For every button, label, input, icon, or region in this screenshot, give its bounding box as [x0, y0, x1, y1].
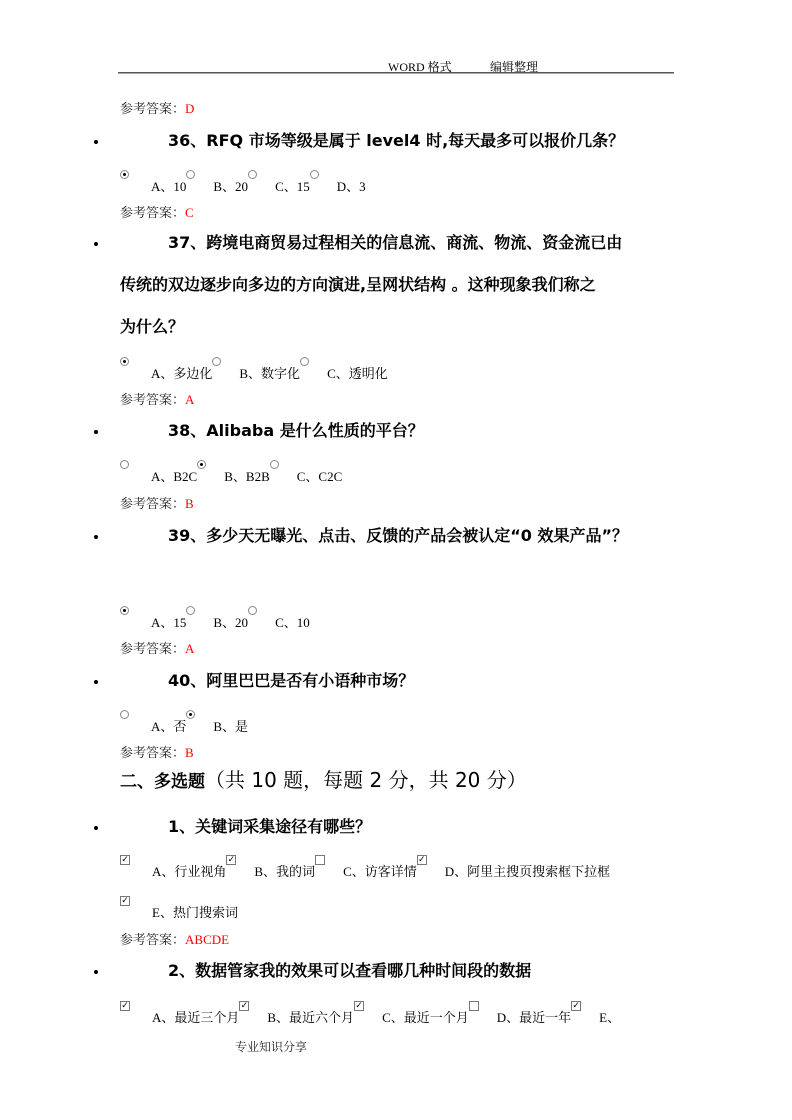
answer-line: 参考答案：C: [120, 202, 194, 221]
radio-button-icon[interactable]: [120, 357, 129, 366]
answer-prefix: 参考答案：: [120, 745, 185, 760]
option-label: D、阿里主搜页搜索框下拉框: [445, 855, 610, 880]
answer-value: D: [185, 101, 194, 116]
option-label: D、最近一年: [497, 1001, 571, 1026]
options-38: A、B2C B、B2B C、C2C: [120, 460, 342, 480]
bullet-icon: [94, 970, 98, 974]
option-label: B、我的词: [254, 855, 315, 880]
radio-button-icon[interactable]: [186, 170, 195, 179]
multi-options-2: ✓ A、最近三个月 ✓ B、最近六个月 ✓ C、最近一个月 D、最近一年 ✓ E…: [120, 1001, 620, 1021]
radio-button-icon[interactable]: [310, 170, 319, 179]
option-label: B、20: [213, 170, 248, 195]
option-label: B、20: [213, 606, 248, 631]
bullet-icon: [94, 680, 98, 684]
answer-line: 参考答案：B: [120, 742, 194, 761]
checkbox-icon[interactable]: ✓: [120, 855, 130, 865]
answer-line: 参考答案：D: [120, 98, 194, 117]
option-label: B、B2B: [224, 460, 270, 485]
option-label: C、访客详情: [343, 855, 417, 880]
checkbox-icon[interactable]: ✓: [354, 1001, 364, 1011]
option-label: A、行业视角: [152, 855, 226, 880]
radio-button-icon[interactable]: [186, 710, 195, 719]
answer-prefix: 参考答案：: [120, 392, 185, 407]
answer-value: ABCDE: [185, 932, 229, 947]
multi-question-2: 2、数据管家我的效果可以查看哪几种时间段的数据: [168, 958, 531, 981]
radio-button-icon[interactable]: [270, 460, 279, 469]
answer-line: 参考答案：ABCDE: [120, 929, 229, 948]
section-title-rest: （共 10 题，每题 2 分，共 20 分）: [205, 768, 527, 792]
options-39: A、15 B、20 C、10: [120, 606, 310, 626]
section-title-lead: 二、多选题: [120, 772, 205, 792]
bullet-icon: [94, 535, 98, 539]
radio-button-icon[interactable]: [248, 170, 257, 179]
radio-button-icon[interactable]: [120, 710, 129, 719]
answer-prefix: 参考答案：: [120, 932, 185, 947]
radio-button-icon[interactable]: [212, 357, 221, 366]
multi-options-1-row-1: ✓ A、行业视角 ✓ B、我的词 C、访客详情 ✓ D、阿里主搜页搜索框下拉框: [120, 855, 610, 875]
question-36: 36、RFQ 市场等级是属于 level4 时,每天最多可以报价几条？: [168, 128, 624, 151]
answer-prefix: 参考答案：: [120, 101, 185, 116]
radio-button-icon[interactable]: [186, 606, 195, 615]
answer-prefix: 参考答案：: [120, 641, 185, 656]
option-label: C、最近一个月: [382, 1001, 469, 1026]
answer-line: 参考答案：A: [120, 638, 194, 657]
option-label: B、最近六个月: [267, 1001, 354, 1026]
option-label: C、透明化: [327, 357, 388, 382]
option-label: A、10: [151, 170, 186, 195]
header-divider: [118, 72, 674, 74]
option-label: A、否: [151, 710, 186, 735]
bullet-icon: [94, 826, 98, 830]
checkbox-icon[interactable]: ✓: [120, 1001, 130, 1011]
checkbox-icon[interactable]: [315, 855, 325, 865]
answer-prefix: 参考答案：: [120, 496, 185, 511]
answer-line: 参考答案：A: [120, 389, 194, 408]
options-40: A、否 B、是: [120, 710, 248, 730]
checkbox-icon[interactable]: [469, 1001, 479, 1011]
checkbox-icon[interactable]: ✓: [417, 855, 427, 865]
question-38: 38、Alibaba 是什么性质的平台？: [168, 418, 424, 441]
multi-question-1: 1、关键词采集途径有哪些？: [168, 814, 371, 837]
radio-button-icon[interactable]: [120, 460, 129, 469]
bullet-icon: [94, 430, 98, 434]
option-label: A、15: [151, 606, 186, 631]
options-36: A、10 B、20 C、15 D、3: [120, 170, 366, 190]
option-label: B、是: [213, 710, 248, 735]
checkbox-icon[interactable]: ✓: [239, 1001, 249, 1011]
radio-button-icon[interactable]: [120, 606, 129, 615]
answer-value: B: [185, 496, 194, 511]
option-label: C、C2C: [297, 460, 343, 485]
option-label: B、数字化: [239, 357, 300, 382]
question-40: 40、阿里巴巴是否有小语种市场？: [168, 668, 414, 691]
answer-value: A: [185, 641, 194, 656]
option-label: D、3: [337, 170, 366, 195]
bullet-icon: [94, 242, 98, 246]
radio-button-icon[interactable]: [120, 170, 129, 179]
option-label: A、最近三个月: [152, 1001, 239, 1026]
page-footer: 专业知识分享: [235, 1038, 307, 1055]
answer-value: C: [185, 205, 194, 220]
answer-line: 参考答案：B: [120, 493, 194, 512]
answer-value: B: [185, 745, 194, 760]
question-37-line-3: 为什么？: [120, 314, 184, 337]
checkbox-icon[interactable]: ✓: [120, 896, 130, 906]
radio-button-icon[interactable]: [197, 460, 206, 469]
option-label: A、B2C: [151, 460, 197, 485]
option-label: A、多边化: [151, 357, 212, 382]
question-39: 39、多少天无曝光、点击、反馈的产品会被认定“0 效果产品”？: [168, 523, 628, 546]
answer-prefix: 参考答案：: [120, 205, 185, 220]
answer-value: A: [185, 392, 194, 407]
bullet-icon: [94, 140, 98, 144]
option-label: C、15: [275, 170, 310, 195]
checkbox-icon[interactable]: ✓: [226, 855, 236, 865]
option-label: E、热门搜索词: [152, 896, 238, 921]
checkbox-icon[interactable]: ✓: [571, 1001, 581, 1011]
option-label: C、10: [275, 606, 310, 631]
question-37-line-2: 传统的双边逐步向多边的方向演进,呈网状结构 。这种现象我们称之: [120, 272, 596, 295]
multi-options-1-row-2: ✓ E、热门搜索词: [120, 896, 238, 916]
options-37: A、多边化 B、数字化 C、透明化: [120, 357, 388, 377]
question-37-line-1: 37、跨境电商贸易过程相关的信息流、商流、物流、资金流已由: [168, 230, 622, 253]
option-label: E、: [599, 1001, 620, 1026]
section-title: 二、多选题（共 10 题，每题 2 分，共 20 分）: [120, 764, 527, 793]
radio-button-icon[interactable]: [248, 606, 257, 615]
radio-button-icon[interactable]: [300, 357, 309, 366]
